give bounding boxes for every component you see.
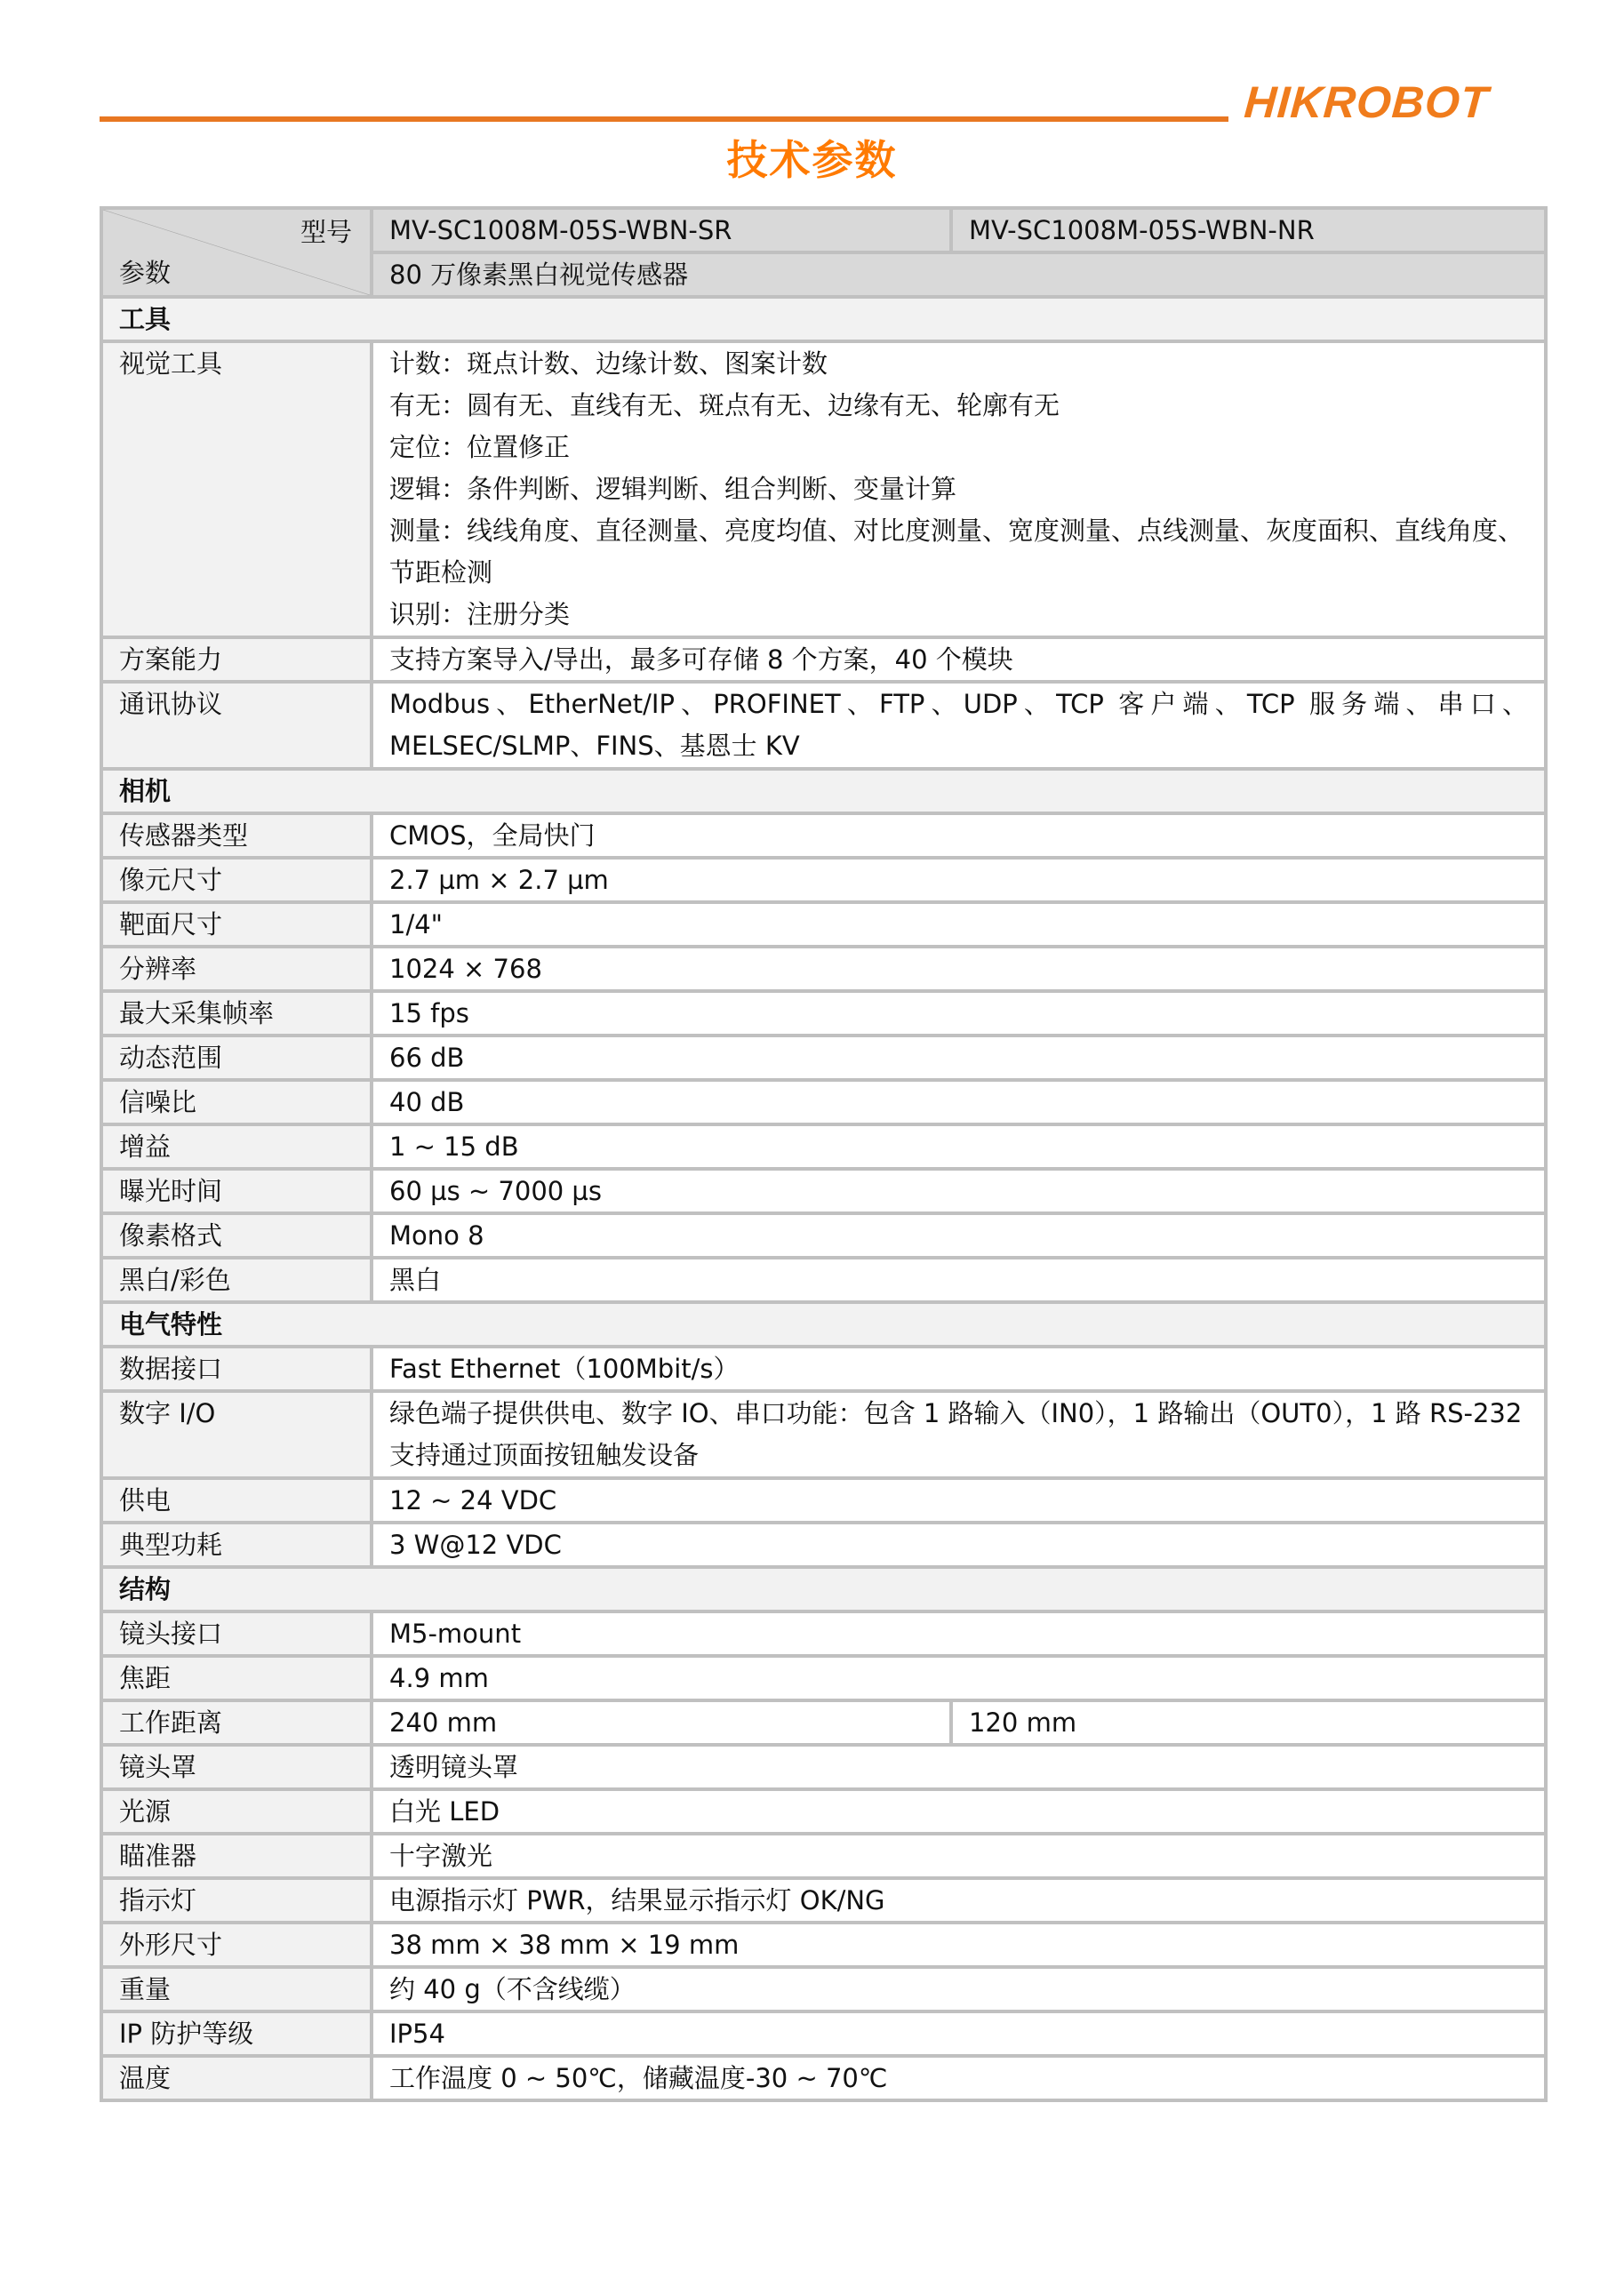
- table-row: 分辨率1024 × 768: [101, 947, 1546, 991]
- page-title: 技术参数: [0, 133, 1624, 187]
- row-value: 十字激光: [372, 1834, 1546, 1878]
- table-row: 传感器类型CMOS，全局快门: [101, 813, 1546, 858]
- row-value: 60 µs ~ 7000 µs: [372, 1169, 1546, 1213]
- section-structure: 结构: [101, 1567, 1546, 1611]
- section-title: 电气特性: [101, 1302, 1546, 1347]
- row-value: Mono 8: [372, 1213, 1546, 1258]
- protocols-text: Modbus、EtherNet/IP、PROFINET、FTP、UDP、TCP …: [389, 684, 1528, 767]
- row-label: 曝光时间: [101, 1169, 372, 1213]
- vision-tools-line: 计数：斑点计数、边缘计数、图案计数: [389, 343, 1528, 385]
- row-label: 重量: [101, 1967, 372, 2011]
- vision-tools-line: 识别：注册分类: [389, 594, 1528, 636]
- corner-param-label: 参数: [119, 252, 171, 293]
- row-value: 支持方案导入/导出，最多可存储 8 个方案，40 个模块: [372, 637, 1546, 682]
- table-row: 通讯协议 Modbus、EtherNet/IP、PROFINET、FTP、UDP…: [101, 682, 1546, 769]
- table-row: 黑白/彩色黑白: [101, 1258, 1546, 1302]
- row-value: 38 mm × 38 mm × 19 mm: [372, 1923, 1546, 1967]
- table-row: 数字 I/O 绿色端子提供供电、数字 IO、串口功能：包含 1 路输入（IN0）…: [101, 1391, 1546, 1478]
- table-row: 外形尺寸38 mm × 38 mm × 19 mm: [101, 1923, 1546, 1967]
- row-label: 信噪比: [101, 1080, 372, 1124]
- row-label: 工作距离: [101, 1700, 372, 1745]
- table-row: 工作距离 240 mm 120 mm: [101, 1700, 1546, 1745]
- section-title: 结构: [101, 1567, 1546, 1611]
- model-nr: MV-SC1008M-05S-WBN-NR: [951, 208, 1546, 252]
- row-value: 1024 × 768: [372, 947, 1546, 991]
- table-row: 数据接口 Fast Ethernet（100Mbit/s）: [101, 1347, 1546, 1391]
- table-row: 像元尺寸2.7 µm × 2.7 µm: [101, 858, 1546, 902]
- row-value: 透明镜头罩: [372, 1745, 1546, 1789]
- row-label: 数据接口: [101, 1347, 372, 1391]
- table-row: 曝光时间60 µs ~ 7000 µs: [101, 1169, 1546, 1213]
- table-row: 指示灯电源指示灯 PWR，结果显示指示灯 OK/NG: [101, 1878, 1546, 1923]
- table-row: 重量约 40 g（不含线缆）: [101, 1967, 1546, 2011]
- vision-tools-line: 有无：圆有无、直线有无、斑点有无、边缘有无、轮廓有无: [389, 385, 1528, 427]
- row-value: 66 dB: [372, 1036, 1546, 1080]
- section-title: 相机: [101, 769, 1546, 813]
- row-value: 白光 LED: [372, 1789, 1546, 1834]
- vision-tools-value: 计数：斑点计数、边缘计数、图案计数 有无：圆有无、直线有无、斑点有无、边缘有无、…: [372, 341, 1546, 637]
- table-row: 信噪比40 dB: [101, 1080, 1546, 1124]
- table-row: 供电 12 ~ 24 VDC: [101, 1478, 1546, 1523]
- row-value: 电源指示灯 PWR，结果显示指示灯 OK/NG: [372, 1878, 1546, 1923]
- row-label: 瞄准器: [101, 1834, 372, 1878]
- row-label: 通讯协议: [101, 682, 372, 769]
- corner-model-label: 型号: [300, 212, 352, 252]
- row-label: 镜头罩: [101, 1745, 372, 1789]
- row-value: CMOS，全局快门: [372, 813, 1546, 858]
- row-value: 2.7 µm × 2.7 µm: [372, 858, 1546, 902]
- row-label: 增益: [101, 1124, 372, 1169]
- row-value: 40 dB: [372, 1080, 1546, 1124]
- row-label: 最大采集帧率: [101, 991, 372, 1036]
- row-label: 靶面尺寸: [101, 902, 372, 947]
- row-label: 传感器类型: [101, 813, 372, 858]
- row-value: 1/4": [372, 902, 1546, 947]
- row-label: 指示灯: [101, 1878, 372, 1923]
- row-value: M5-mount: [372, 1611, 1546, 1656]
- table-row: 温度工作温度 0 ~ 50℃，储藏温度-30 ~ 70℃: [101, 2056, 1546, 2100]
- working-distance-nr: 120 mm: [951, 1700, 1546, 1745]
- working-distance-sr: 240 mm: [372, 1700, 951, 1745]
- vision-tools-line: 逻辑：条件判断、逻辑判断、组合判断、变量计算: [389, 468, 1528, 510]
- section-tools: 工具: [101, 297, 1546, 341]
- table-row: 靶面尺寸1/4": [101, 902, 1546, 947]
- row-label: 温度: [101, 2056, 372, 2100]
- header-divider-line: [100, 116, 1228, 122]
- section-title: 工具: [101, 297, 1546, 341]
- row-label: 视觉工具: [101, 341, 372, 637]
- row-value: 黑白: [372, 1258, 1546, 1302]
- row-label: 黑白/彩色: [101, 1258, 372, 1302]
- table-row: 视觉工具 计数：斑点计数、边缘计数、图案计数 有无：圆有无、直线有无、斑点有无、…: [101, 341, 1546, 637]
- spec-table: 型号 参数 MV-SC1008M-05S-WBN-SR MV-SC1008M-0…: [100, 206, 1548, 2102]
- row-value: Modbus、EtherNet/IP、PROFINET、FTP、UDP、TCP …: [372, 682, 1546, 769]
- row-label: 供电: [101, 1478, 372, 1523]
- corner-header-cell: 型号 参数: [101, 208, 372, 297]
- row-label: 镜头接口: [101, 1611, 372, 1656]
- row-value: IP54: [372, 2011, 1546, 2056]
- section-electrical: 电气特性: [101, 1302, 1546, 1347]
- row-value: 4.9 mm: [372, 1656, 1546, 1700]
- table-row: 增益1 ~ 15 dB: [101, 1124, 1546, 1169]
- row-value: 1 ~ 15 dB: [372, 1124, 1546, 1169]
- vision-tools-line: 定位：位置修正: [389, 427, 1528, 468]
- row-value: 15 fps: [372, 991, 1546, 1036]
- row-label: 分辨率: [101, 947, 372, 991]
- table-row: 最大采集帧率15 fps: [101, 991, 1546, 1036]
- table-row: 光源白光 LED: [101, 1789, 1546, 1834]
- row-value: 12 ~ 24 VDC: [372, 1478, 1546, 1523]
- hikrobot-logo: HIKROBOT: [1243, 80, 1539, 124]
- table-row: 像素格式Mono 8: [101, 1213, 1546, 1258]
- header-row-models: 型号 参数 MV-SC1008M-05S-WBN-SR MV-SC1008M-0…: [101, 208, 1546, 252]
- row-value: Fast Ethernet（100Mbit/s）: [372, 1347, 1546, 1391]
- model-sr: MV-SC1008M-05S-WBN-SR: [372, 208, 951, 252]
- table-row: 镜头罩透明镜头罩: [101, 1745, 1546, 1789]
- table-row: 动态范围66 dB: [101, 1036, 1546, 1080]
- row-label: 动态范围: [101, 1036, 372, 1080]
- row-label: 焦距: [101, 1656, 372, 1700]
- row-label: 像素格式: [101, 1213, 372, 1258]
- row-label: 外形尺寸: [101, 1923, 372, 1967]
- digital-io-line: 绿色端子提供供电、数字 IO、串口功能：包含 1 路输入（IN0），1 路输出（…: [389, 1393, 1528, 1435]
- row-value: 3 W@12 VDC: [372, 1523, 1546, 1567]
- row-value: 工作温度 0 ~ 50℃，储藏温度-30 ~ 70℃: [372, 2056, 1546, 2100]
- section-camera: 相机: [101, 769, 1546, 813]
- digital-io-line: 支持通过顶面按钮触发设备: [389, 1435, 1528, 1476]
- table-row: 瞄准器十字激光: [101, 1834, 1546, 1878]
- product-name: 80 万像素黑白视觉传感器: [372, 252, 1546, 297]
- row-label: 数字 I/O: [101, 1391, 372, 1478]
- table-row: 方案能力 支持方案导入/导出，最多可存储 8 个方案，40 个模块: [101, 637, 1546, 682]
- digital-io-value: 绿色端子提供供电、数字 IO、串口功能：包含 1 路输入（IN0），1 路输出（…: [372, 1391, 1546, 1478]
- table-row: IP 防护等级IP54: [101, 2011, 1546, 2056]
- vision-tools-line: 测量：线线角度、直径测量、亮度均值、对比度测量、宽度测量、点线测量、灰度面积、直…: [389, 510, 1528, 594]
- row-label: 方案能力: [101, 637, 372, 682]
- row-label: 典型功耗: [101, 1523, 372, 1567]
- table-row: 典型功耗 3 W@12 VDC: [101, 1523, 1546, 1567]
- table-row: 镜头接口 M5-mount: [101, 1611, 1546, 1656]
- table-row: 焦距 4.9 mm: [101, 1656, 1546, 1700]
- row-label: IP 防护等级: [101, 2011, 372, 2056]
- row-value: 约 40 g（不含线缆）: [372, 1967, 1546, 2011]
- row-label: 光源: [101, 1789, 372, 1834]
- row-label: 像元尺寸: [101, 858, 372, 902]
